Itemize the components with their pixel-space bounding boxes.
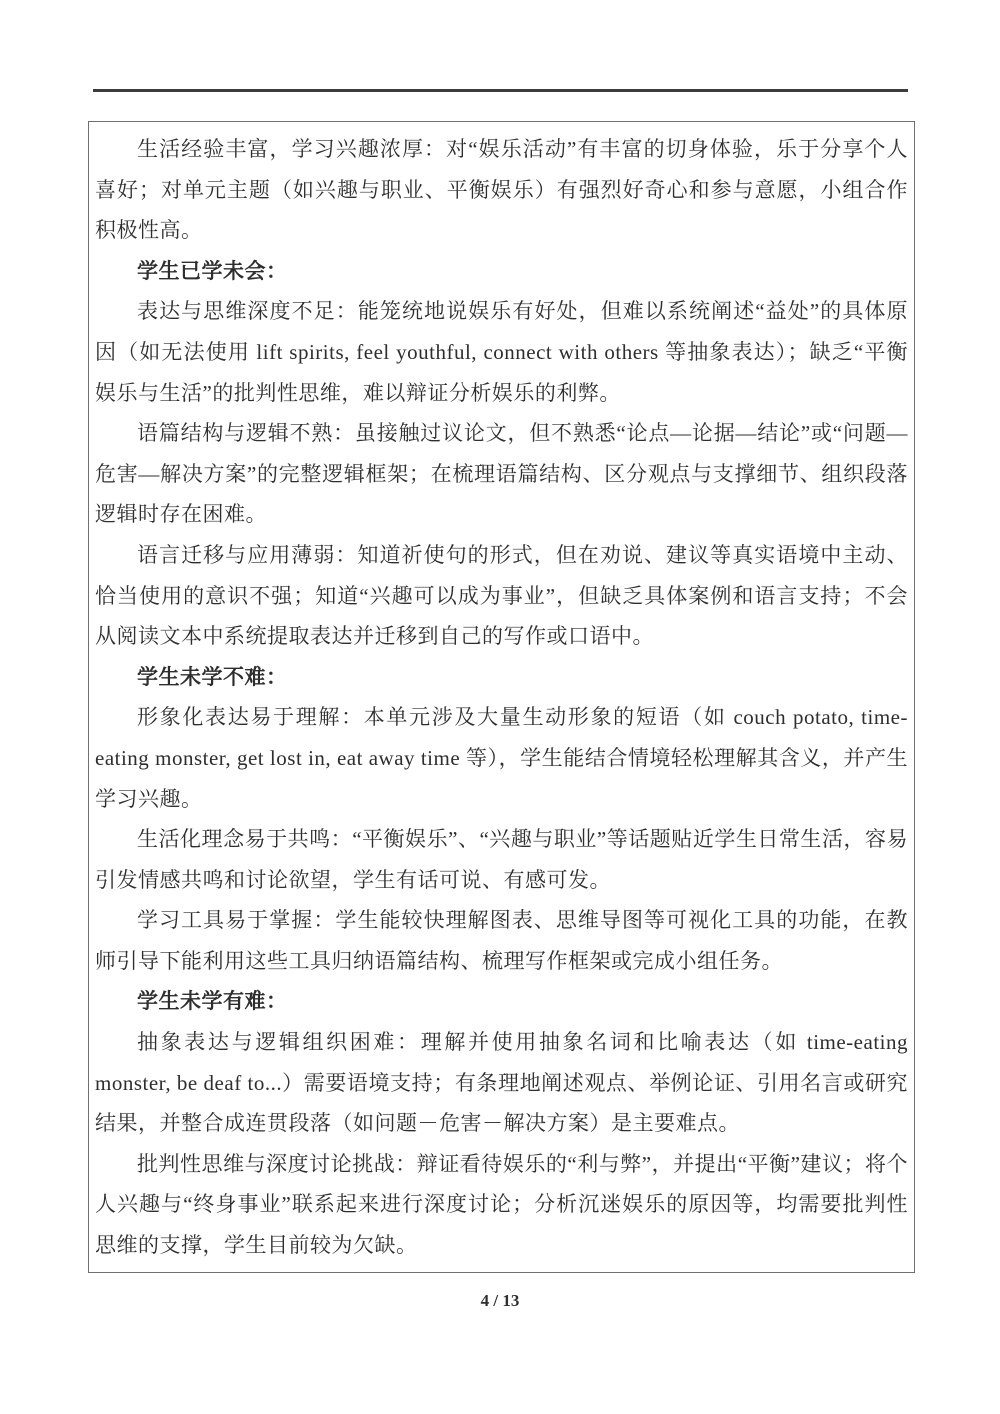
header-rule xyxy=(93,89,908,92)
paragraph: 抽象表达与逻辑组织困难：理解并使用抽象名词和比喻表达（如 time-eating… xyxy=(95,1022,908,1144)
paragraph: 语篇结构与逻辑不熟：虽接触过议论文，但不熟悉“论点—论据—结论”或“问题—危害—… xyxy=(95,413,908,535)
content-table-cell: 生活经验丰富，学习兴趣浓厚：对“娱乐活动”有丰富的切身体验，乐于分享个人喜好；对… xyxy=(88,121,915,1273)
section-heading: 学生未学有难： xyxy=(95,981,908,1022)
section-heading: 学生已学未会： xyxy=(95,251,908,292)
paragraph: 批判性思维与深度讨论挑战：辩证看待娱乐的“利与弊”，并提出“平衡”建议；将个人兴… xyxy=(95,1144,908,1266)
section-heading: 学生未学不难： xyxy=(95,657,908,698)
page-number: 4 / 13 xyxy=(0,1291,1000,1311)
document-page: 生活经验丰富，学习兴趣浓厚：对“娱乐活动”有丰富的切身体验，乐于分享个人喜好；对… xyxy=(0,0,1000,1414)
paragraph: 语言迁移与应用薄弱：知道祈使句的形式，但在劝说、建议等真实语境中主动、恰当使用的… xyxy=(95,535,908,657)
paragraph: 生活经验丰富，学习兴趣浓厚：对“娱乐活动”有丰富的切身体验，乐于分享个人喜好；对… xyxy=(95,129,908,251)
paragraph: 生活化理念易于共鸣：“平衡娱乐”、“兴趣与职业”等话题贴近学生日常生活，容易引发… xyxy=(95,819,908,900)
paragraph: 语用能力与跨学科整合不足：祈使句在劝说、建议、倡议等真实语境中的恰当使用仍需大量… xyxy=(95,1266,908,1273)
document-body: 生活经验丰富，学习兴趣浓厚：对“娱乐活动”有丰富的切身体验，乐于分享个人喜好；对… xyxy=(95,129,908,1273)
paragraph: 形象化表达易于理解：本单元涉及大量生动形象的短语（如 couch potato,… xyxy=(95,697,908,819)
paragraph: 表达与思维深度不足：能笼统地说娱乐有好处，但难以系统阐述“益处”的具体原因（如无… xyxy=(95,291,908,413)
paragraph: 学习工具易于掌握：学生能较快理解图表、思维导图等可视化工具的功能，在教师引导下能… xyxy=(95,900,908,981)
